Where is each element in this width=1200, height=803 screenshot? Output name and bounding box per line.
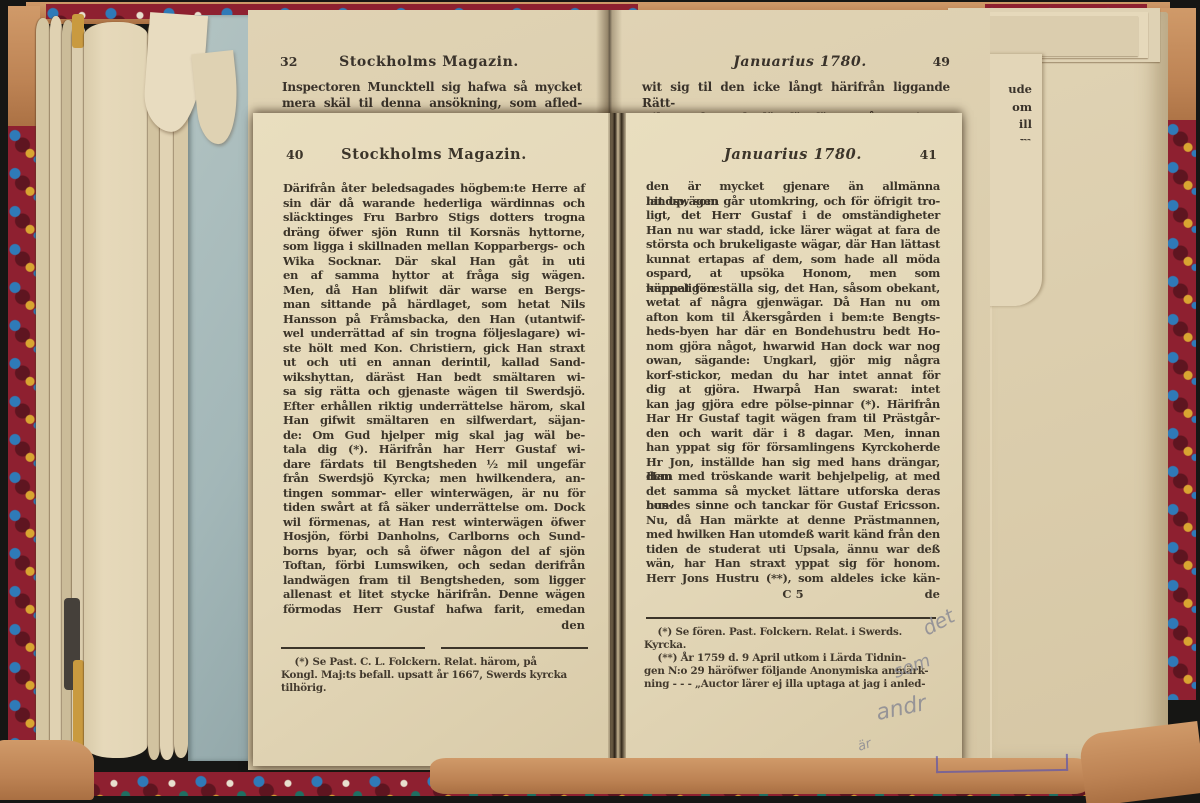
cut-text-fragment: ude — [1008, 82, 1032, 96]
page-number: 32 — [280, 54, 297, 69]
page-header: Januarius 1780. 49 — [610, 54, 990, 70]
page-number: 40 — [286, 147, 303, 162]
footnote-rule — [281, 647, 588, 651]
signature-and-catchword: C 5 de — [646, 587, 940, 601]
yellow-sheet-edge — [72, 14, 84, 48]
page-header: 40 Stockholms Magazin. — [283, 146, 585, 166]
page-corner-step — [968, 16, 1138, 56]
leather-corner-bottom-right — [1078, 721, 1200, 803]
book-cover-marble-right — [1166, 120, 1196, 700]
ink-stamp-bracket — [936, 754, 1068, 773]
catchword: de — [925, 587, 940, 601]
body-text: den är mycket gjenare än allmänna landsw… — [646, 179, 940, 585]
gutter-shadow — [608, 113, 626, 766]
page-edge — [50, 16, 62, 762]
cut-text-fragment: ill — [1019, 117, 1032, 131]
page-header: 32 Stockholms Magazin. — [248, 54, 610, 70]
page-header: Januarius 1780. 41 — [646, 146, 940, 166]
page-number: 49 — [933, 54, 950, 69]
signature-mark: C 5 — [646, 587, 940, 601]
leather-corner-bottom-left — [0, 740, 94, 800]
wide-sheet-edge — [84, 22, 148, 758]
page-edge — [174, 22, 188, 758]
photograph-open-book: ude om ill m 32 Stockholms Magazin. Insp… — [0, 0, 1200, 803]
footnote-rule — [646, 617, 936, 621]
page-edge — [148, 20, 160, 760]
front-leaf-spread: 40 Stockholms Magazin. Därifrån åter bel… — [253, 113, 962, 766]
front-page-left: 40 Stockholms Magazin. Därifrån åter bel… — [253, 113, 610, 766]
body-text: Därifrån åter beledsagades högbem:te Her… — [283, 181, 585, 616]
cut-text-fragment: m — [1020, 134, 1032, 148]
cut-text-fragment: om — [1012, 100, 1032, 114]
body-text: Inspectoren Muncktell sig hafwa så mycke… — [282, 80, 582, 111]
page-edge — [36, 18, 50, 760]
running-title: Stockholms Magazin. — [283, 146, 585, 163]
running-title: Januarius 1780. — [646, 146, 940, 163]
running-title: Stockholms Magazin. — [248, 54, 610, 70]
footnote: (*) Se Past. C. L. Folckern. Relat. häro… — [281, 656, 588, 695]
page-number: 41 — [920, 147, 937, 162]
catchword: den — [283, 618, 585, 632]
